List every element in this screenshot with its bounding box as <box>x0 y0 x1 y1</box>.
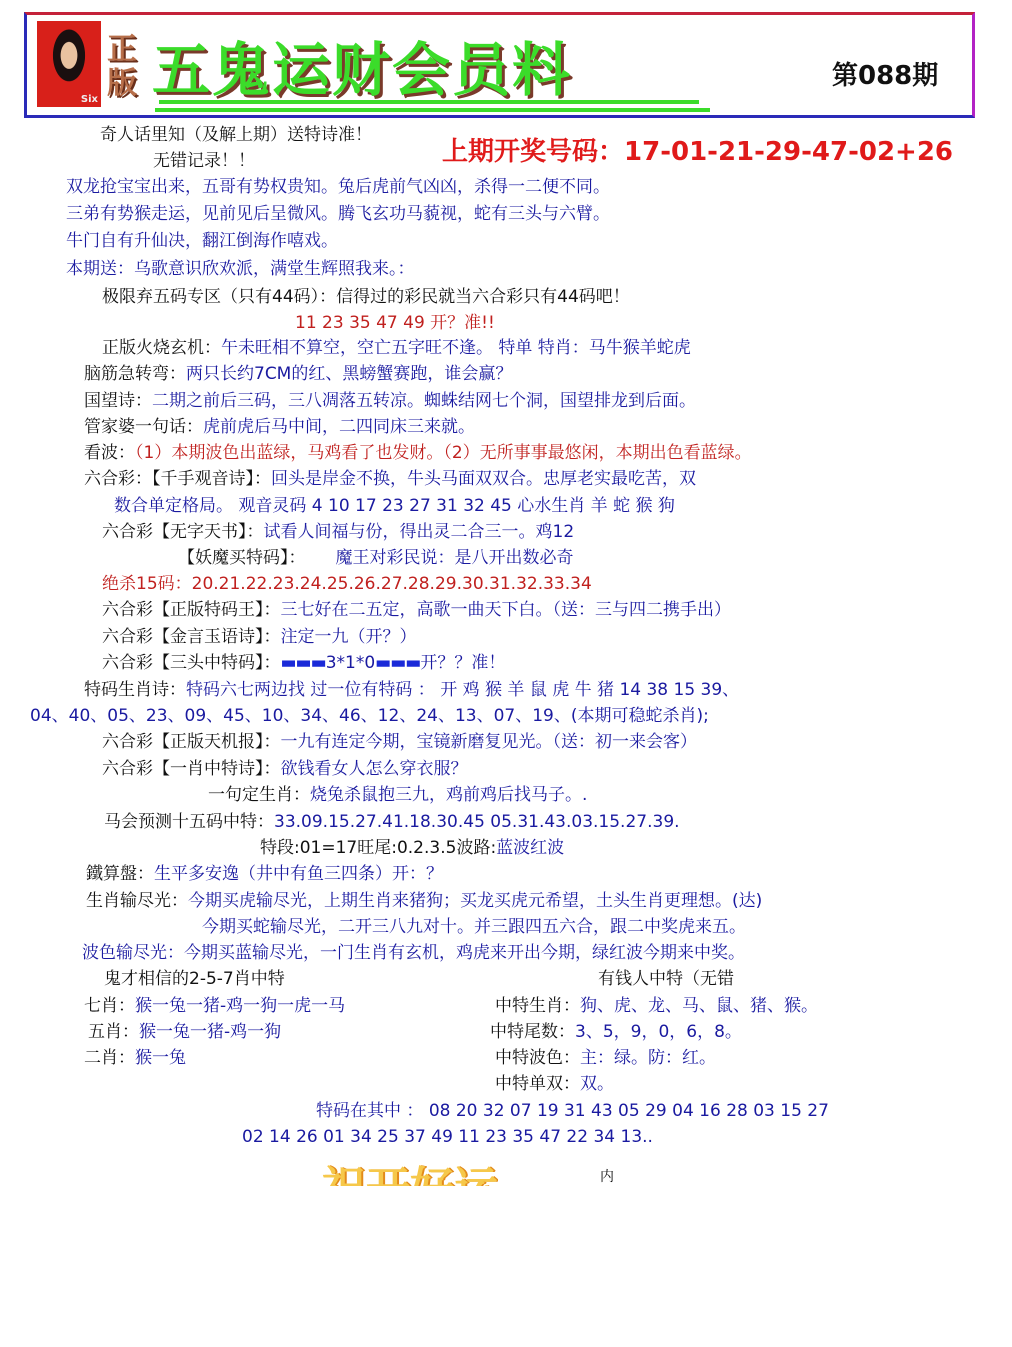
housekeeper: 管家婆一句话：虎前虎后马中间，二四同床三来就。 <box>84 416 475 438</box>
value: 生平多安逸（井中有鱼三四条）开：？ <box>154 864 443 884</box>
label: 国望诗： <box>84 391 152 411</box>
wordless-book: 六合彩【无字天书】：试看人间福与份，得出灵二合三一。鸡12 <box>102 521 574 543</box>
last-draw-numbers: 17-01-21-29-47-02+26 <box>624 137 953 167</box>
golden-words: 六合彩【金言玉语诗】：注定一九（开？） <box>102 626 417 648</box>
avatar: Six <box>37 21 101 107</box>
label: 六合彩【三头中特码】： <box>102 653 281 673</box>
value: 主：绿。防：红。 <box>580 1048 716 1068</box>
label: 六合彩：【千手观音诗】： <box>84 469 271 489</box>
label: 生肖输尽光： <box>86 891 188 911</box>
right-box-row: 中特单双：双。 <box>495 1073 614 1095</box>
one-sentence: 一句定生肖：烧兔杀鼠抱三九，鸡前鸡后找马子。. <box>208 784 587 806</box>
fire-mystery: 正版火烧玄机：午未旺相不算空，空亡五字旺不逢。 特单 特肖：马牛猴羊蛇虎 <box>102 337 691 359</box>
value: 33.09.15.27.41.18.30.45 05.31.43.03.15.2… <box>274 812 680 832</box>
value: 特码六七两边找 过一位有特码 ： 开 鸡 猴 羊 鼠 虎 牛 猪 14 38 1… <box>186 680 739 700</box>
value: 蓝波红波 <box>496 838 564 858</box>
abandon-five-numbers: 11 23 35 47 49 开？准!! <box>295 312 495 334</box>
label: 六合彩【正版特码王】： <box>102 600 281 620</box>
label: 绝杀15码： <box>102 574 192 594</box>
value: 猴一兔 <box>135 1048 186 1068</box>
demon-code: 【妖魔买特码】：魔王对彩民说：是八开出数必奇 <box>178 547 574 569</box>
left-box-row: 五肖：猴一兔一猪-鸡一狗 <box>88 1021 281 1043</box>
zodiac-poem: 特码生肖诗：特码六七两边找 过一位有特码 ： 开 鸡 猴 羊 鼠 虎 牛 猪 1… <box>84 679 739 701</box>
label: 七肖： <box>84 996 135 1016</box>
page-title: 五鬼运财会员料 <box>152 23 572 107</box>
header-banner: Six 正版 五鬼运财会员料 第088期 <box>24 12 975 118</box>
guanyin-poem-cont: 数合单定格局。 观音灵码 4 10 17 23 27 31 32 45 心水生肖… <box>114 495 675 517</box>
value: 两只长约7CM的红、黑螃蟹赛跑，谁会赢？ <box>186 364 512 384</box>
photo-caption: Six <box>81 94 98 105</box>
label: 波色输尽光： <box>82 943 184 963</box>
zheng-ban-logo: 正版 <box>107 33 137 105</box>
kill-15: 绝杀15码：20.21.22.23.24.25.26.27.28.29.30.3… <box>102 573 592 595</box>
value: 猴一兔一猪-鸡一狗 <box>139 1022 281 1042</box>
label: 管家婆一句话： <box>84 417 203 437</box>
label: 六合彩【一肖中特诗】： <box>102 759 281 779</box>
value: 今期买蓝输尽光，一门生肖有玄机，鸡虎来开出今期，绿红波今期来中奖。 <box>184 943 745 963</box>
value: 回头是岸金不换，牛头马面双双合。忠厚老实最吃苦，双 <box>271 469 696 489</box>
guowang-poem: 国望诗：二期之前后三码，三八凋落五转凉。蜘蛛结网七个洞，国望排龙到后面。 <box>84 390 696 412</box>
value: 注定一九（开？） <box>281 627 417 647</box>
bars-icon: ▬▬▬ <box>281 652 326 674</box>
value: 双。 <box>580 1074 614 1094</box>
right-box-row: 中特尾数：3、5，9，0，6，8。 <box>490 1021 742 1043</box>
footer-good-luck-art: 祝开好运 <box>322 1152 498 1186</box>
label: 五肖： <box>88 1022 139 1042</box>
title-underline <box>159 100 699 104</box>
value: 20.21.22.23.24.25.26.27.28.29.30.31.32.3… <box>192 574 592 594</box>
title-underline <box>155 108 710 112</box>
label: 特码在其中 ： <box>316 1101 423 1121</box>
label: 二肖： <box>84 1048 135 1068</box>
lose-zodiac-cont: 今期买蛇输尽光，二开三八九对十。并三跟四五六合，跟二中奖虎来五。 <box>202 916 746 938</box>
abacus: 鐵算盤：生平多安逸（井中有鱼三四条）开：？ <box>86 863 443 885</box>
wave: 看波：（1）本期波色出蓝绿，马鸡看了也发财。（2）无所事事最悠闲，本期出色看蓝绿… <box>84 442 752 464</box>
bars-icon: ▬▬▬ <box>375 652 420 674</box>
tianji: 六合彩【正版天机报】：一九有连定今期，宝镜新磨复见光。（送：初一来会客） <box>102 731 697 753</box>
value: 狗、虎、龙、马、鼠、猪、猴。 <box>580 996 818 1016</box>
value: 3*1*0 <box>326 653 375 673</box>
value: 烧兔杀鼠抱三九，鸡前鸡后找马子。. <box>310 785 587 805</box>
intro-line-1: 奇人话里知（及解上期）送特诗准！ <box>100 124 372 146</box>
brain-teaser: 脑筋急转弯：两只长约7CM的红、黑螃蟹赛跑，谁会赢？ <box>84 363 512 385</box>
value: 魔王对彩民说：是八开出数必奇 <box>336 548 574 568</box>
label: 正版火烧玄机： <box>102 338 221 358</box>
value: 午未旺相不算空，空亡五字旺不逢。 特单 特肖：马牛猴羊蛇虎 <box>221 338 691 358</box>
poem-line: 双龙抢宝宝出来，五哥有势权贵知。兔后虎前气凶凶，杀得一二便不同。 <box>66 176 610 198</box>
poem-line: 牛门自有升仙决，翻江倒海作嘻戏。 <box>66 230 338 252</box>
poem-line: 三弟有势猴走运，见前见后呈微风。腾飞玄功马藐视，蛇有三头与六臂。 <box>66 203 610 225</box>
last-draw-label: 上期开奖号码： <box>442 137 624 167</box>
right-box-row: 中特生肖：狗、虎、龙、马、鼠、猪、猴。 <box>495 995 818 1017</box>
label: 六合彩【正版天机报】： <box>102 732 281 752</box>
value: 08 20 32 07 19 31 43 05 29 04 16 28 03 1… <box>429 1101 829 1121</box>
segment: 特段:01=17旺尾:0.2.3.5波路:蓝波红波 <box>260 837 564 859</box>
label: 六合彩【无字天书】： <box>102 522 264 542</box>
value: 一九有连定今期，宝镜新磨复见光。（送：初一来会客） <box>281 732 698 752</box>
value: 三七好在二五定，高歌一曲天下白。（送：三与四二携手出） <box>281 600 732 620</box>
label: 鐵算盤： <box>86 864 154 884</box>
value: 虎前虎后马中间，二四同床三来就。 <box>203 417 475 437</box>
value: 3、5，9，0，6，8。 <box>575 1022 742 1042</box>
intro-line-2: 无错记录！！ <box>153 150 255 172</box>
last-draw: 上期开奖号码：17-01-21-29-47-02+26 <box>442 136 953 168</box>
special-codes: 特码在其中 ： 08 20 32 07 19 31 43 05 29 04 16… <box>316 1100 829 1122</box>
abandon-five-label: 极限弃五码专区（只有44码）：信得过的彩民就当六合彩只有44码吧！ <box>102 286 630 308</box>
guanyin-poem: 六合彩：【千手观音诗】：回头是岸金不换，牛头马面双双合。忠厚老实最吃苦，双 <box>84 468 696 490</box>
issue-number: 第088期 <box>832 55 938 92</box>
value: 猴一兔一猪-鸡一狗一虎一马 <box>135 996 345 1016</box>
three-heads: 六合彩【三头中特码】：▬▬▬3*1*0▬▬▬开？？准！ <box>102 652 505 674</box>
horse-club: 马会预测十五码中特：33.09.15.27.41.18.30.45 05.31.… <box>104 811 680 833</box>
value: （1）本期波色出蓝绿，马鸡看了也发财。（2）无所事事最悠闲，本期出色看蓝绿。 <box>135 443 752 463</box>
value: 开？？准！ <box>420 653 505 673</box>
label: 【妖魔买特码】： <box>178 548 306 568</box>
label: 脑筋急转弯： <box>84 364 186 384</box>
label: 特码生肖诗： <box>84 680 186 700</box>
lose-wave: 波色输尽光：今期买蓝输尽光，一门生肖有玄机，鸡虎来开出今期，绿红波今期来中奖。 <box>82 942 745 964</box>
one-zodiac: 六合彩【一肖中特诗】：欲钱看女人怎么穿衣服？ <box>102 758 468 780</box>
value: 欲钱看女人怎么穿衣服？ <box>281 759 468 779</box>
zodiac-poem-cont: 04、40、05、23、09、45、10、34、46、12、24、13、07、1… <box>30 705 709 727</box>
poem-line: 本期送：乌歌意识欣欢派，满堂生辉照我来。： <box>66 258 415 280</box>
label: 看波： <box>84 443 135 463</box>
label: 一句定生肖： <box>208 785 310 805</box>
left-box-row: 七肖：猴一兔一猪-鸡一狗一虎一马 <box>84 995 345 1017</box>
lose-zodiac: 生肖输尽光：今期买虎输尽光，上期生肖来猪狗；买龙买虎元希望，土头生肖更理想。(达… <box>86 890 762 912</box>
label: 特段:01=17旺尾:0.2.3.5波路: <box>260 838 496 858</box>
right-box-title: 有钱人中特（无错 <box>598 968 734 990</box>
label: 马会预测十五码中特： <box>104 812 274 832</box>
value: 二期之前后三码，三八凋落五转凉。蜘蛛结网七个洞，国望排龙到后面。 <box>152 391 696 411</box>
code-king: 六合彩【正版特码王】：三七好在二五定，高歌一曲天下白。（送：三与四二携手出） <box>102 599 731 621</box>
left-box-title: 鬼才相信的2-5-7肖中特 <box>104 968 285 990</box>
label: 中特波色： <box>495 1048 580 1068</box>
left-box-row: 二肖：猴一兔 <box>84 1047 186 1069</box>
label: 中特单双： <box>495 1074 580 1094</box>
value: 今期买虎输尽光，上期生肖来猪狗；买龙买虎元希望，土头生肖更理想。(达) <box>188 891 762 911</box>
label: 中特生肖： <box>495 996 580 1016</box>
footer-small-text: 内 <box>600 1166 614 1186</box>
label: 中特尾数： <box>490 1022 575 1042</box>
value: 试看人间福与份，得出灵二合三一。鸡12 <box>264 522 575 542</box>
label: 六合彩【金言玉语诗】： <box>102 627 281 647</box>
special-codes-cont: 02 14 26 01 34 25 37 49 11 23 35 47 22 3… <box>242 1126 653 1148</box>
right-box-row: 中特波色：主：绿。防：红。 <box>495 1047 716 1069</box>
